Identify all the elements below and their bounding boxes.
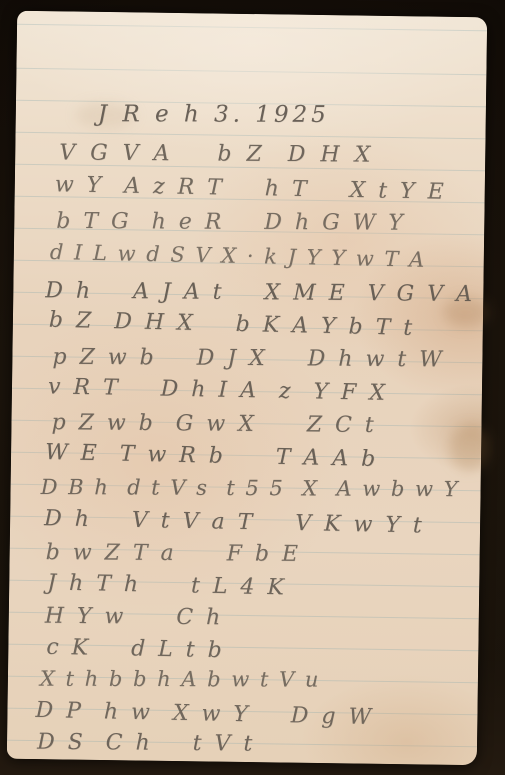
photo-backdrop: J R e h 3. 1925V G V A b Z D H Xw Y A z …: [0, 0, 505, 775]
manuscript-line: D h V t V a T V K w Y t: [44, 506, 425, 538]
manuscript-line: D h A J A t X M E V G V A: [45, 278, 475, 307]
manuscript-line: b Z D H X b K A Y b T t: [49, 308, 416, 341]
manuscript-line: D B h d t V s t 5 5 X A w b w Y: [41, 475, 460, 501]
manuscript-page: J R e h 3. 1925V G V A b Z D H Xw Y A z …: [7, 11, 487, 765]
manuscript-line: D S C h t V t: [37, 730, 255, 757]
manuscript-line: d I L w d S V X · k J Y Y w T A: [50, 240, 427, 272]
manuscript-line: v R T D h I A z Y F X: [48, 374, 388, 406]
manuscript-line: w Y A z R T h T X t Y E: [55, 172, 447, 205]
manuscript-line: W E T w R b T A A b: [45, 440, 379, 472]
manuscript-line: p Z w b D J X D h w t W: [52, 345, 445, 373]
manuscript-line: b T G h e R D h G W Y: [56, 209, 406, 236]
manuscript-line: J h T h t L 4 K: [47, 570, 287, 600]
manuscript-line: p Z w b G w X Z C t: [51, 410, 376, 438]
manuscript-line: c K d L t b: [46, 635, 225, 663]
manuscript-line: J R e h 3. 1925: [98, 101, 330, 128]
manuscript-line: X t h b b h A b w t V u: [40, 667, 321, 692]
manuscript-line: H Y w C h: [45, 604, 224, 631]
manuscript-line: V G V A b Z D H X: [59, 140, 374, 167]
manuscript-line: D P h w X w Y D g W: [35, 698, 374, 730]
handwritten-text-block: J R e h 3. 1925V G V A b Z D H Xw Y A z …: [7, 11, 487, 765]
manuscript-line: b w Z T a F b E: [46, 540, 301, 567]
